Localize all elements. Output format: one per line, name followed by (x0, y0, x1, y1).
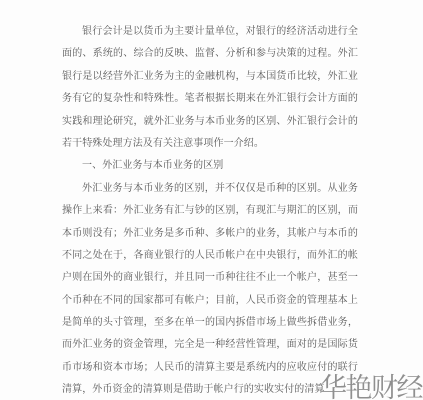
text-line: 务有它的复杂性和特殊性。笔者根据长期来在外汇银行会计方面的 (62, 88, 358, 110)
text-line: 币市场和资本市场；人民币的清算主要是系统内的应收应付的联行 (62, 357, 358, 379)
text-line: 银行会计是以货币为主要计量单位，对银行的经济活动进行全 (62, 21, 358, 43)
text-line: 银行是以经营外汇业务为主的金融机构，与本国货币比较，外汇业 (62, 66, 358, 88)
watermark: 华艳财经 (320, 366, 422, 400)
text-line: 不同之处在于，各商业银行的人民币帐户在中央银行，而外汇的帐 (62, 245, 358, 267)
text-line: 若干特殊处理方法及有关注意事项作一介绍。 (62, 133, 358, 155)
text-line: 本币则没有；外汇业务是多币种、多帐户的业务，其帐户与本币的 (62, 223, 358, 245)
text-line: 操作上来看：外汇业务有汇与钞的区别，有现汇与期汇的区别，而 (62, 200, 358, 222)
section-heading: 一、外汇业务与本币业务的区别 (62, 155, 358, 177)
text-line: 清算，外币资金的清算则是借助于帐户行的实收实付的清算 (62, 379, 358, 400)
text-line: 个币种在不同的国家都可有帐户；目前，人民币资金的管理基本上 (62, 290, 358, 312)
text-line: 是简单的头寸管理，至多在单一的国内拆借市场上做些拆借业务， (62, 312, 358, 334)
text-line: 面的、系统的、综合的反映、监督、分析和参与决策的过程。外汇 (62, 43, 358, 65)
text-line: 户则在国外的商业银行，并且同一币种往往不止一个帐户，甚至一 (62, 267, 358, 289)
document-page: 银行会计是以货币为主要计量单位，对银行的经济活动进行全 面的、系统的、综合的反映… (0, 0, 423, 400)
text-line: 而外汇业务的资金管理，完全是一种经营性管理，面对的是国际货 (62, 334, 358, 356)
text-line: 实践和理论研究，就外汇业务与本币业务的区别、外汇银行会计的 (62, 111, 358, 133)
text-line: 外汇业务与本币业务的区别，并不仅仅是币种的区别。从业务 (62, 178, 358, 200)
document-body: 银行会计是以货币为主要计量单位，对银行的经济活动进行全 面的、系统的、综合的反映… (62, 21, 358, 400)
